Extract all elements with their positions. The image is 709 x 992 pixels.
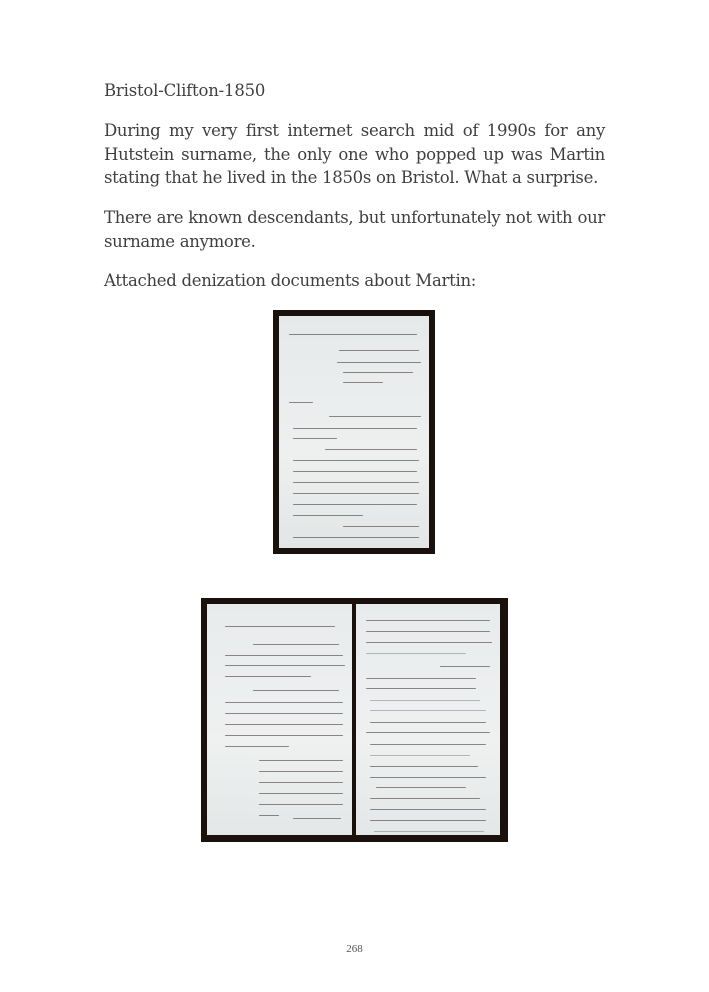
paragraph-attached-docs: Attached denization documents about Mart… (104, 269, 605, 293)
page-number: 268 (0, 943, 709, 955)
paragraph-search-story: During my very first internet search mid… (104, 119, 605, 190)
manuscript-left-page (207, 604, 352, 835)
denization-document-image-1 (273, 310, 435, 554)
section-heading: Bristol-Clifton-1850 (104, 80, 265, 102)
document-page: Bristol-Clifton-1850 During my very firs… (0, 0, 709, 992)
paragraph-descendants: There are known descendants, but unfortu… (104, 206, 605, 253)
denization-document-image-2 (201, 598, 508, 842)
manuscript-right-page (356, 604, 500, 835)
manuscript-page (279, 316, 429, 548)
